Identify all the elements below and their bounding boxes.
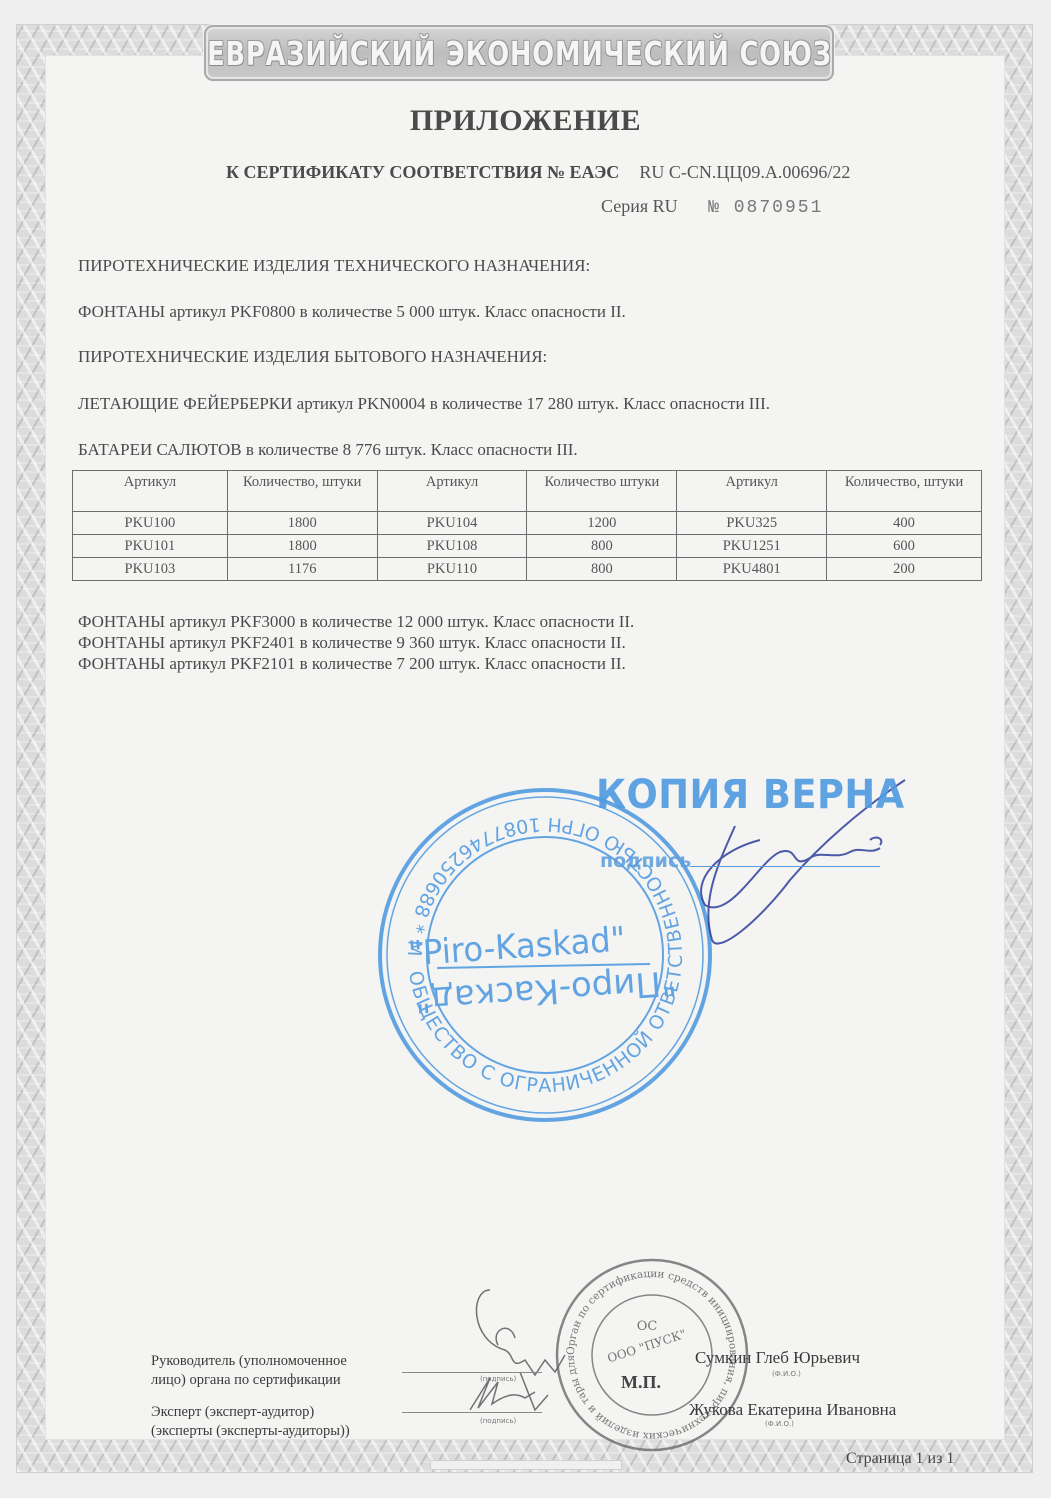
head-name: Сумкин Глеб Юрьевич	[695, 1348, 860, 1368]
expert-label: Эксперт (эксперт-аудитор) (эксперты (экс…	[151, 1403, 350, 1441]
expert-name: Жукова Екатерина Ивановна	[689, 1400, 896, 1420]
svg-text:ОС: ОС	[637, 1319, 658, 1334]
stamps-layer: ОБЩЕСТВО С ОГРАНИЧЕННОЙ ОТВЕТСТВЕННОСТЬЮ…	[0, 0, 1051, 1498]
svg-text:"Пиро-Каскад": "Пиро-Каскад"	[414, 962, 678, 1020]
copy-signature-label: подпись	[600, 850, 691, 872]
signature-caption: (подпись)	[480, 1417, 516, 1425]
expert-label-line1: Эксперт (эксперт-аудитор)	[151, 1403, 350, 1422]
fio-caption: (Ф.И.О.)	[765, 1420, 794, 1428]
signature-caption: (подпись)	[480, 1375, 516, 1383]
head-signature-line	[402, 1372, 542, 1373]
head-signature	[476, 1290, 565, 1375]
fio-caption: (Ф.И.О.)	[772, 1370, 801, 1378]
expert-signature-line	[402, 1412, 542, 1413]
page-number: Страница 1 из 1	[846, 1450, 954, 1468]
expert-label-line2: (эксперты (эксперты-аудиторы))	[151, 1422, 350, 1441]
head-label: Руководитель (уполномоченное лицо) орган…	[151, 1352, 347, 1390]
company-seal: ОБЩЕСТВО С ОГРАНИЧЕННОЙ ОТВЕТСТВЕННОСТЬЮ…	[0, 0, 710, 1120]
certification-body-seal: Орган по сертификации средств инициирова…	[0, 0, 747, 1450]
head-label-line1: Руководитель (уполномоченное	[151, 1352, 347, 1371]
footer-microtext	[430, 1460, 622, 1470]
svg-text:Орган по сертификации средств: Орган по сертификации средств инициирова…	[0, 0, 739, 1442]
head-label-line2: лицо) органа по сертификации	[151, 1371, 347, 1390]
copy-certified-stamp: КОПИЯ ВЕРНА	[596, 772, 905, 818]
copy-signature-line	[690, 866, 880, 867]
seal-mp: М.П.	[621, 1372, 661, 1393]
